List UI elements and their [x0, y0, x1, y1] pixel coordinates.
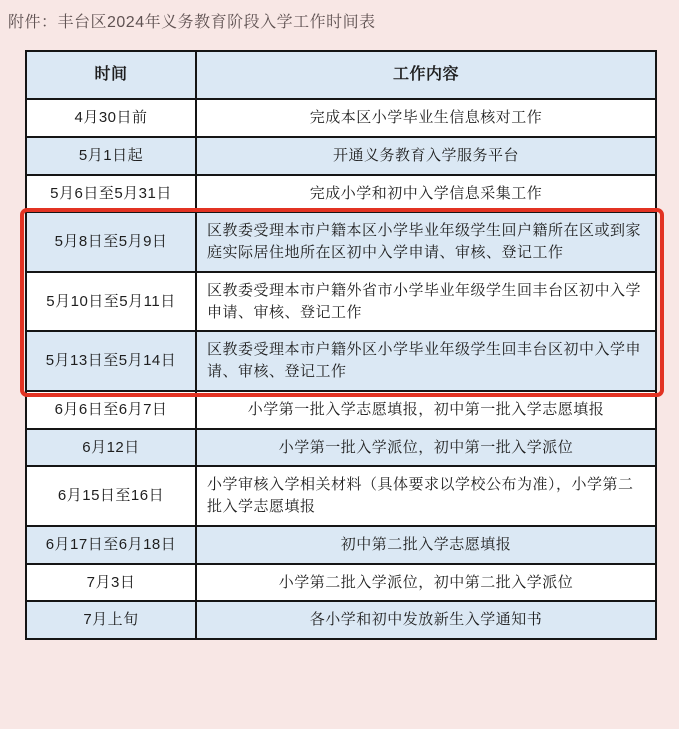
table-row: 6月6日至6月7日 小学第一批入学志愿填报，初中第一批入学志愿填报	[26, 391, 656, 429]
table-row: 6月17日至6月18日 初中第二批入学志愿填报	[26, 526, 656, 564]
table-row: 5月1日起 开通义务教育入学服务平台	[26, 137, 656, 175]
row-time: 5月8日至5月9日	[26, 212, 196, 272]
row-time: 5月6日至5月31日	[26, 175, 196, 213]
table-row-highlighted: 5月8日至5月9日 区教委受理本市户籍本区小学毕业年级学生回户籍所在区或到家庭实…	[26, 212, 656, 272]
row-content: 区教委受理本市户籍外区小学毕业年级学生回丰台区初中入学申请、审核、登记工作	[196, 331, 656, 391]
row-time: 7月上旬	[26, 601, 196, 639]
row-content: 小学第一批入学派位，初中第一批入学派位	[196, 429, 656, 467]
row-time: 6月15日至16日	[26, 466, 196, 526]
row-content: 完成小学和初中入学信息采集工作	[196, 175, 656, 213]
row-time: 6月12日	[26, 429, 196, 467]
row-time: 7月3日	[26, 564, 196, 602]
schedule-table: 时间 工作内容 4月30日前 完成本区小学毕业生信息核对工作 5月1日起 开通义…	[25, 50, 657, 640]
header-cell-time: 时间	[26, 51, 196, 99]
row-content: 各小学和初中发放新生入学通知书	[196, 601, 656, 639]
page-title: 附件：丰台区2024年义务教育阶段入学工作时间表	[0, 0, 679, 32]
table-row: 7月上旬 各小学和初中发放新生入学通知书	[26, 601, 656, 639]
table-row: 5月6日至5月31日 完成小学和初中入学信息采集工作	[26, 175, 656, 213]
row-time: 6月17日至6月18日	[26, 526, 196, 564]
row-content: 完成本区小学毕业生信息核对工作	[196, 99, 656, 137]
page: 附件：丰台区2024年义务教育阶段入学工作时间表 时间 工作内容 4月30日前 …	[0, 0, 679, 729]
row-time: 5月10日至5月11日	[26, 272, 196, 332]
table-row-highlighted: 5月10日至5月11日 区教委受理本市户籍外省市小学毕业年级学生回丰台区初中入学…	[26, 272, 656, 332]
row-content: 小学审核入学相关材料（具体要求以学校公布为准），小学第二批入学志愿填报	[196, 466, 656, 526]
table-row: 7月3日 小学第二批入学派位，初中第二批入学派位	[26, 564, 656, 602]
row-time: 5月13日至5月14日	[26, 331, 196, 391]
row-content: 小学第二批入学派位，初中第二批入学派位	[196, 564, 656, 602]
row-content: 区教委受理本市户籍外省市小学毕业年级学生回丰台区初中入学申请、审核、登记工作	[196, 272, 656, 332]
table-row: 6月12日 小学第一批入学派位，初中第一批入学派位	[26, 429, 656, 467]
row-content: 开通义务教育入学服务平台	[196, 137, 656, 175]
row-time: 5月1日起	[26, 137, 196, 175]
row-content: 初中第二批入学志愿填报	[196, 526, 656, 564]
table-header-row: 时间 工作内容	[26, 51, 656, 99]
table-row-highlighted: 5月13日至5月14日 区教委受理本市户籍外区小学毕业年级学生回丰台区初中入学申…	[26, 331, 656, 391]
row-time: 6月6日至6月7日	[26, 391, 196, 429]
row-content: 区教委受理本市户籍本区小学毕业年级学生回户籍所在区或到家庭实际居住地所在区初中入…	[196, 212, 656, 272]
row-time: 4月30日前	[26, 99, 196, 137]
header-cell-content: 工作内容	[196, 51, 656, 99]
table-row: 6月15日至16日 小学审核入学相关材料（具体要求以学校公布为准），小学第二批入…	[26, 466, 656, 526]
row-content: 小学第一批入学志愿填报，初中第一批入学志愿填报	[196, 391, 656, 429]
table-row: 4月30日前 完成本区小学毕业生信息核对工作	[26, 99, 656, 137]
